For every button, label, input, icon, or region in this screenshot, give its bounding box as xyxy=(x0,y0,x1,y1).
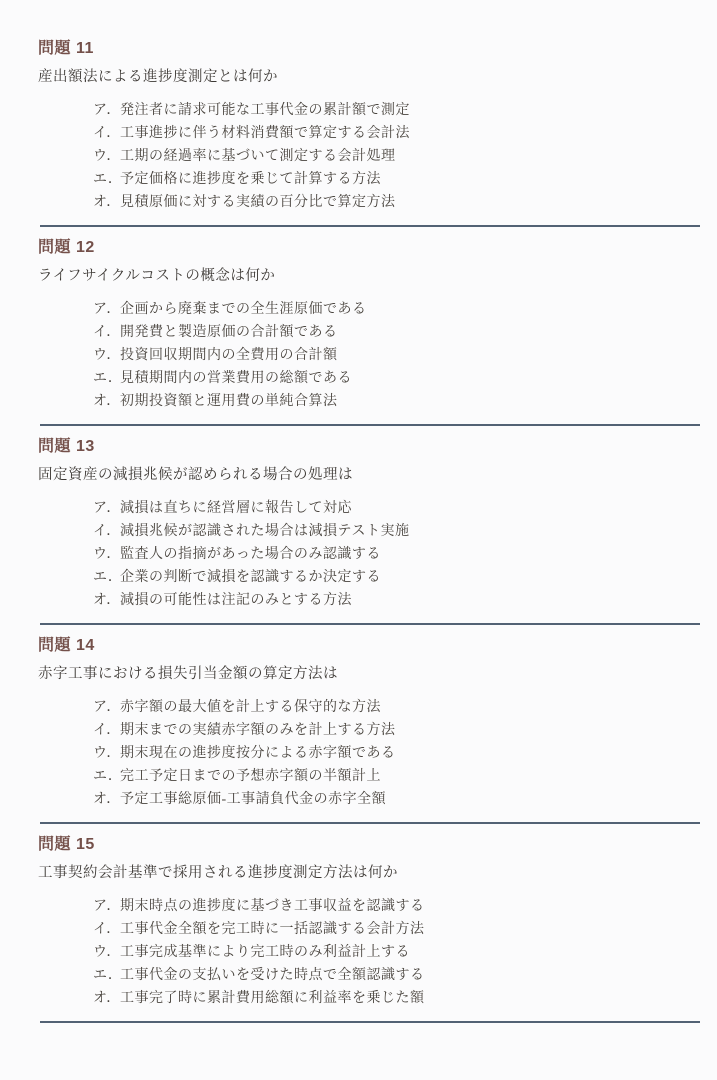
option-marker: エ． xyxy=(93,566,120,589)
options-list: ア． 期末時点の進捗度に基づき工事収益を認識する イ． 工事代金全額を完工時に一… xyxy=(38,895,702,1010)
option-text: 工事完了時に累計費用総額に利益率を乗じた額 xyxy=(120,987,702,1010)
question-number: 問題 14 xyxy=(38,635,702,657)
option-marker: オ． xyxy=(93,788,120,811)
option-text: 開発費と製造原価の合計額である xyxy=(120,321,702,344)
option-row: ウ． 工事完成基準により完工時のみ利益計上する xyxy=(93,941,702,964)
question-section: 問題 13 固定資産の減損兆候が認められる場合の処理は ア． 減損は直ちに経営層… xyxy=(38,426,702,625)
option-marker: ア． xyxy=(93,298,120,321)
option-row: ア． 発注者に請求可能な工事代金の累計額で測定 xyxy=(93,99,702,122)
question-text: 赤字工事における損失引当金額の算定方法は xyxy=(38,664,702,684)
option-text: 工事完成基準により完工時のみ利益計上する xyxy=(120,941,702,964)
option-row: オ． 予定工事総原価-工事請負代金の赤字全額 xyxy=(93,788,702,811)
option-marker: ア． xyxy=(93,497,120,520)
question-number: 問題 12 xyxy=(38,237,702,259)
option-text: 工期の経過率に基づいて測定する会計処理 xyxy=(120,145,702,168)
option-marker: オ． xyxy=(93,390,120,413)
option-marker: ウ． xyxy=(93,145,120,168)
option-text: 初期投資額と運用費の単純合算法 xyxy=(120,390,702,413)
option-text: 企業の判断で減損を認識するか決定する xyxy=(120,566,702,589)
option-marker: エ． xyxy=(93,765,120,788)
option-marker: ウ． xyxy=(93,941,120,964)
option-text: 期末までの実績赤字額のみを計上する方法 xyxy=(120,719,702,742)
option-row: ア． 期末時点の進捗度に基づき工事収益を認識する xyxy=(93,895,702,918)
question-text: 産出額法による進捗度測定とは何か xyxy=(38,67,702,87)
option-text: 工事代金全額を完工時に一括認識する会計方法 xyxy=(120,918,702,941)
option-text: 発注者に請求可能な工事代金の累計額で測定 xyxy=(120,99,702,122)
option-text: 予定価格に進捗度を乗じて計算する方法 xyxy=(120,168,702,191)
question-section: 問題 15 工事契約会計基準で採用される進捗度測定方法は何か ア． 期末時点の進… xyxy=(38,824,702,1023)
option-marker: ア． xyxy=(93,99,120,122)
option-row: イ． 減損兆候が認識された場合は減損テスト実施 xyxy=(93,520,702,543)
option-marker: オ． xyxy=(93,987,120,1010)
option-marker: エ． xyxy=(93,367,120,390)
option-marker: イ． xyxy=(93,719,120,742)
option-row: エ． 予定価格に進捗度を乗じて計算する方法 xyxy=(93,168,702,191)
option-marker: ウ． xyxy=(93,543,120,566)
question-text: ライフサイクルコストの概念は何か xyxy=(38,266,702,286)
option-text: 工事進捗に伴う材料消費額で算定する会計法 xyxy=(120,122,702,145)
section-divider xyxy=(40,1021,700,1023)
question-section: 問題 12 ライフサイクルコストの概念は何か ア． 企画から廃棄までの全生涯原価… xyxy=(38,227,702,426)
option-text: 予定工事総原価-工事請負代金の赤字全額 xyxy=(120,788,702,811)
question-text: 固定資産の減損兆候が認められる場合の処理は xyxy=(38,465,702,485)
options-list: ア． 企画から廃棄までの全生涯原価である イ． 開発費と製造原価の合計額である … xyxy=(38,298,702,413)
question-section: 問題 11 産出額法による進捗度測定とは何か ア． 発注者に請求可能な工事代金の… xyxy=(38,38,702,227)
option-row: イ． 工事進捗に伴う材料消費額で算定する会計法 xyxy=(93,122,702,145)
option-text: 期末現在の進捗度按分による赤字額である xyxy=(120,742,702,765)
option-marker: オ． xyxy=(93,191,120,214)
option-text: 期末時点の進捗度に基づき工事収益を認識する xyxy=(120,895,702,918)
option-row: エ． 工事代金の支払いを受けた時点で全額認識する xyxy=(93,964,702,987)
options-list: ア． 赤字額の最大値を計上する保守的な方法 イ． 期末までの実績赤字額のみを計上… xyxy=(38,696,702,811)
option-marker: ウ． xyxy=(93,344,120,367)
option-row: エ． 企業の判断で減損を認識するか決定する xyxy=(93,566,702,589)
option-row: ウ． 期末現在の進捗度按分による赤字額である xyxy=(93,742,702,765)
option-text: 減損の可能性は注記のみとする方法 xyxy=(120,589,702,612)
question-text: 工事契約会計基準で採用される進捗度測定方法は何か xyxy=(38,863,702,883)
option-row: イ． 期末までの実績赤字額のみを計上する方法 xyxy=(93,719,702,742)
option-row: ウ． 監査人の指摘があった場合のみ認識する xyxy=(93,543,702,566)
option-row: ウ． 投資回収期間内の全費用の合計額 xyxy=(93,344,702,367)
option-marker: ア． xyxy=(93,696,120,719)
option-marker: ア． xyxy=(93,895,120,918)
option-text: 監査人の指摘があった場合のみ認識する xyxy=(120,543,702,566)
option-text: 赤字額の最大値を計上する保守的な方法 xyxy=(120,696,702,719)
option-text: 減損兆候が認識された場合は減損テスト実施 xyxy=(120,520,702,543)
option-marker: エ． xyxy=(93,964,120,987)
option-text: 企画から廃棄までの全生涯原価である xyxy=(120,298,702,321)
option-marker: エ． xyxy=(93,168,120,191)
option-row: ア． 赤字額の最大値を計上する保守的な方法 xyxy=(93,696,702,719)
question-section: 問題 14 赤字工事における損失引当金額の算定方法は ア． 赤字額の最大値を計上… xyxy=(38,625,702,824)
option-row: イ． 開発費と製造原価の合計額である xyxy=(93,321,702,344)
options-list: ア． 減損は直ちに経営層に報告して対応 イ． 減損兆候が認識された場合は減損テス… xyxy=(38,497,702,612)
option-marker: イ． xyxy=(93,918,120,941)
option-text: 見積期間内の営業費用の総額である xyxy=(120,367,702,390)
option-row: エ． 見積期間内の営業費用の総額である xyxy=(93,367,702,390)
option-row: イ． 工事代金全額を完工時に一括認識する会計方法 xyxy=(93,918,702,941)
option-row: オ． 初期投資額と運用費の単純合算法 xyxy=(93,390,702,413)
option-marker: イ． xyxy=(93,321,120,344)
option-marker: ウ． xyxy=(93,742,120,765)
option-row: ウ． 工期の経過率に基づいて測定する会計処理 xyxy=(93,145,702,168)
option-row: オ． 減損の可能性は注記のみとする方法 xyxy=(93,589,702,612)
option-row: ア． 減損は直ちに経営層に報告して対応 xyxy=(93,497,702,520)
question-number: 問題 15 xyxy=(38,834,702,856)
question-number: 問題 13 xyxy=(38,436,702,458)
quiz-page: 問題 11 産出額法による進捗度測定とは何か ア． 発注者に請求可能な工事代金の… xyxy=(0,0,717,1023)
question-number: 問題 11 xyxy=(38,38,702,60)
option-text: 投資回収期間内の全費用の合計額 xyxy=(120,344,702,367)
option-marker: イ． xyxy=(93,520,120,543)
option-row: ア． 企画から廃棄までの全生涯原価である xyxy=(93,298,702,321)
option-text: 工事代金の支払いを受けた時点で全額認識する xyxy=(120,964,702,987)
option-text: 完工予定日までの予想赤字額の半額計上 xyxy=(120,765,702,788)
options-list: ア． 発注者に請求可能な工事代金の累計額で測定 イ． 工事進捗に伴う材料消費額で… xyxy=(38,99,702,214)
option-marker: オ． xyxy=(93,589,120,612)
option-marker: イ． xyxy=(93,122,120,145)
option-text: 見積原価に対する実績の百分比で算定方法 xyxy=(120,191,702,214)
option-row: エ． 完工予定日までの予想赤字額の半額計上 xyxy=(93,765,702,788)
option-row: オ． 工事完了時に累計費用総額に利益率を乗じた額 xyxy=(93,987,702,1010)
option-row: オ． 見積原価に対する実績の百分比で算定方法 xyxy=(93,191,702,214)
option-text: 減損は直ちに経営層に報告して対応 xyxy=(120,497,702,520)
